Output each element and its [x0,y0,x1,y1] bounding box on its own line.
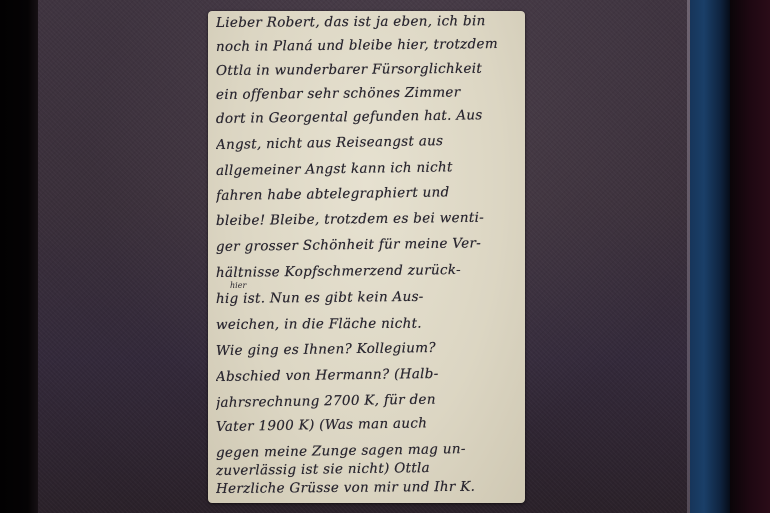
handwriting-line: Angst, nicht aus Reiseangst aus [216,132,521,153]
handwriting-line: Ottla in wunderbarer Fürsorglichkeit [216,60,521,79]
handwriting-line: hig ist. Nun es gibt kein Aus- [216,288,521,307]
photo-scene: Lieber Robert, das ist ja eben, ich bin … [0,0,770,513]
handwriting-line: ein offenbar sehr schönes Zimmer [216,84,521,103]
handwriting-line: jahrsrechnung 2700 K, für den [216,390,521,411]
handwriting-line: noch in Planá und bleibe hier, trotzdem [216,36,521,55]
handwriting-line: ger grosser Schönheit für meine Ver- [216,235,521,255]
interlinear-note: hier [230,281,246,290]
dark-background-right [730,0,770,513]
handwriting-line: fahren habe abtelegraphiert und [216,183,521,204]
book-spine [690,0,730,513]
handwriting-line: Wie ging es Ihnen? Kollegium? [216,339,521,359]
handwriting-line: zuverlässig ist sie nicht) Ottla [216,459,521,479]
handwriting-line: bleibe! Bleibe, trotzdem es bei wenti- [216,209,521,229]
handwriting-line: dort in Georgental gefunden hat. Aus [216,107,521,127]
handwriting-line: Herzliche Grüsse von mir und Ihr K. [216,478,521,497]
handwriting-line: Vater 1900 K) (Was man auch [216,414,521,435]
handwriting-line: hältnisse Kopfschmerzend zurück- [216,261,521,281]
handwriting-line: allgemeiner Angst kann ich nicht [216,158,521,179]
handwriting-line: gegen meine Zunge sagen mag un- [216,440,521,461]
handwritten-postcard: Lieber Robert, das ist ja eben, ich bin … [208,11,525,503]
handwriting-line: weichen, in die Fläche nicht. [216,315,521,333]
handwriting-line: Lieber Robert, das ist ja eben, ich bin [216,13,521,31]
handwriting-line: Abschied von Hermann? (Halb- [216,365,521,385]
left-shadow [0,0,40,513]
